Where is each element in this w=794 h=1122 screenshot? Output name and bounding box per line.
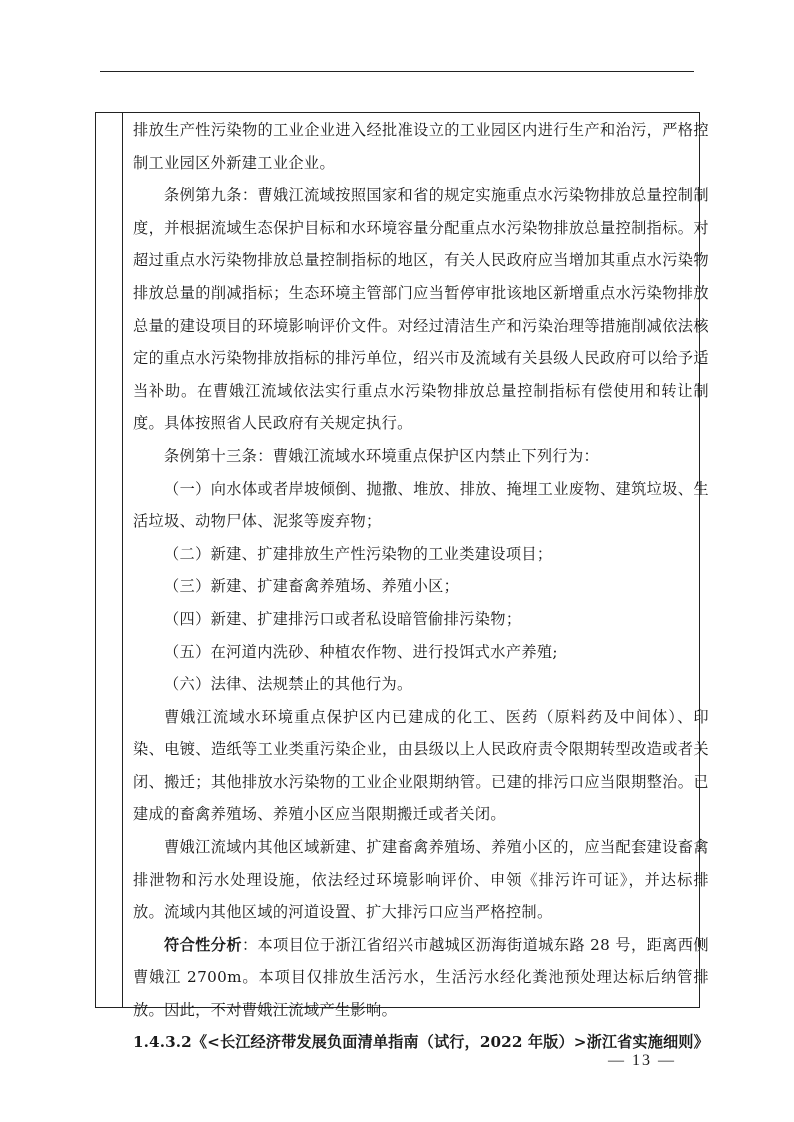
list-item-1: （一）向水体或者岸坡倾倒、抛撒、堆放、排放、掩埋工业废物、建筑垃圾、生活垃圾、动… <box>133 473 709 538</box>
paragraph-article-13: 条例第十三条：曹娥江流域水环境重点保护区内禁止下列行为： <box>133 440 709 473</box>
list-item-2: （二）新建、扩建排放生产性污染物的工业类建设项目； <box>133 538 709 571</box>
compliance-label: 符合性分析 <box>164 936 242 954</box>
list-item-4: （四）新建、扩建排污口或者私设暗管偷排污染物； <box>133 603 709 636</box>
paragraph-other-areas: 曹娥江流域内其他区域新建、扩建畜禽养殖场、养殖小区的，应当配套建设畜禽排泄物和污… <box>133 831 709 929</box>
paragraph-article-9: 条例第九条：曹娥江流域按照国家和省的规定实施重点水污染物排放总量控制制度，并根据… <box>133 179 709 440</box>
page-number: — 13 — <box>608 1052 676 1070</box>
header-rule <box>100 71 694 72</box>
list-item-5: （五）在河道内洗砂、种植农作物、进行投饵式水产养殖; <box>133 636 709 669</box>
table-content-cell: 排放生产性污染物的工业企业进入经批准设立的工业园区内进行生产和治污，严格控制工业… <box>123 113 715 1007</box>
list-item-3: （三）新建、扩建畜禽养殖场、养殖小区； <box>133 570 709 603</box>
list-item-6: （六）法律、法规禁止的其他行为。 <box>133 668 709 701</box>
paragraph-continuation: 排放生产性污染物的工业企业进入经批准设立的工业园区内进行生产和治污，严格控制工业… <box>133 114 709 179</box>
regulation-table: 排放生产性污染物的工业企业进入经批准设立的工业园区内进行生产和治污，严格控制工业… <box>95 112 700 1008</box>
paragraph-existing-enterprises: 曹娥江流域水环境重点保护区内已建成的化工、医药（原料药及中间体）、印染、电镀、造… <box>133 701 709 831</box>
table-left-column <box>96 113 123 1007</box>
paragraph-compliance-analysis: 符合性分析：本项目位于浙江省绍兴市越城区沥海街道城东路 28 号，距离西侧曹娥江… <box>133 929 709 1027</box>
